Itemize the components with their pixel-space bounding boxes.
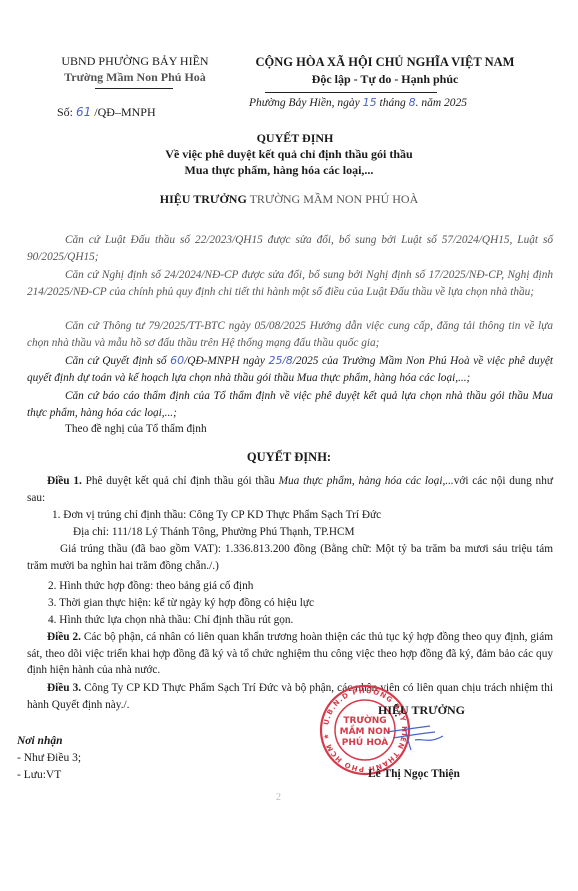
handwritten-decision-number: 60 [170, 354, 184, 367]
handwritten-number: 61 [76, 105, 91, 119]
signature-icon [385, 722, 445, 752]
article-1-item-4: 4. Hình thức lựa chọn nhà thầu: Chỉ định… [48, 612, 548, 629]
divider-left [95, 88, 173, 89]
decision-heading: QUYẾT ĐỊNH: [0, 450, 578, 465]
recipients: Nơi nhận - Như Điều 3; - Lưu:VT [17, 733, 81, 784]
document-title: QUYẾT ĐỊNH Về việc phê duyệt kết quả chỉ… [0, 130, 578, 178]
article-3: Điều 3. Công Ty CP KD Thực Phẩm Sạch Trí… [27, 680, 553, 713]
recipient-item: - Lưu:VT [17, 767, 81, 784]
header-left: UBND PHƯỜNG BẢY HIỀN Trường Mầm Non Phú … [20, 54, 250, 85]
signer-title: HIỆU TRƯỞNG [378, 703, 465, 718]
article-1-price: Giá trúng thầu (đã bao gồm VAT): 1.336.8… [27, 541, 553, 574]
preamble-law: Căn cứ Luật Đấu thầu số 22/2023/QH15 đượ… [27, 232, 553, 265]
article-1: Điều 1. Phê duyệt kết quả chỉ định thầu … [27, 473, 553, 506]
national-motto: Độc lập - Tự do - Hạnh phúc [225, 72, 545, 87]
preamble-decision: Căn cứ Quyết định số 60/QĐ-MNPH ngày 25/… [27, 353, 553, 386]
issuing-authority: UBND PHƯỜNG BẢY HIỀN [20, 54, 250, 69]
proposal-line: Theo đề nghị của Tổ thẩm định [27, 421, 553, 438]
preamble-decree: Căn cứ Nghị định số 24/2024/NĐ-CP được s… [27, 267, 553, 300]
svg-text:PHÚ HOÀ: PHÚ HOÀ [342, 736, 389, 748]
signature-scribble [385, 722, 445, 757]
page-number: 2 [276, 792, 281, 803]
signer-name: Lê Thị Ngọc Thiện [368, 768, 460, 780]
place-date: Phường Bảy Hiền, ngày 15 tháng 8. năm 20… [249, 96, 467, 109]
article-1-address: Địa chỉ: 111/18 Lý Thánh Tông, Phường Ph… [73, 524, 553, 541]
handwritten-decision-month: 8 [286, 354, 293, 367]
recipients-label: Nơi nhận [17, 733, 81, 750]
school-name: Trường Mầm Non Phú Hoà [20, 70, 250, 85]
handwritten-decision-day: 25 [269, 354, 283, 367]
handwritten-day: 15 [363, 96, 377, 109]
header-right: CỘNG HÒA XÃ HỘI CHỦ NGHĨA VIỆT NAM Độc l… [225, 55, 545, 87]
preamble-circular: Căn cứ Thông tư 79/2025/TT-BTC ngày 05/0… [27, 318, 553, 351]
issuing-officer: HIỆU TRƯỞNG TRƯỜNG MẦM NON PHÚ HOÀ [0, 192, 578, 207]
article-1-item-2: 2. Hình thức hợp đồng: theo bảng giá cố … [48, 578, 548, 595]
preamble-report: Căn cứ báo cáo thẩm định của Tổ thẩm địn… [27, 388, 553, 421]
title-subject-2: Mua thực phẩm, hàng hóa các loại,... [0, 162, 578, 178]
title-heading: QUYẾT ĐỊNH [12, 130, 578, 146]
article-1-item-3: 3. Thời gian thực hiện: kể từ ngày ký hợ… [48, 595, 548, 612]
recipient-item: - Như Điều 3; [17, 750, 81, 767]
divider-right [265, 92, 437, 93]
handwritten-month: 8 [409, 96, 416, 109]
national-title: CỘNG HÒA XÃ HỘI CHỦ NGHĨA VIỆT NAM [225, 55, 545, 70]
article-1-item-1: 1. Đơn vị trúng chỉ định thầu: Công Ty C… [52, 507, 552, 524]
article-2: Điều 2. Các bộ phận, cá nhân có liên qua… [27, 629, 553, 679]
title-subject-1: Về việc phê duyệt kết quả chỉ định thầu … [0, 146, 578, 162]
document-number: Số: 61 /QĐ–MNPH [57, 105, 156, 120]
